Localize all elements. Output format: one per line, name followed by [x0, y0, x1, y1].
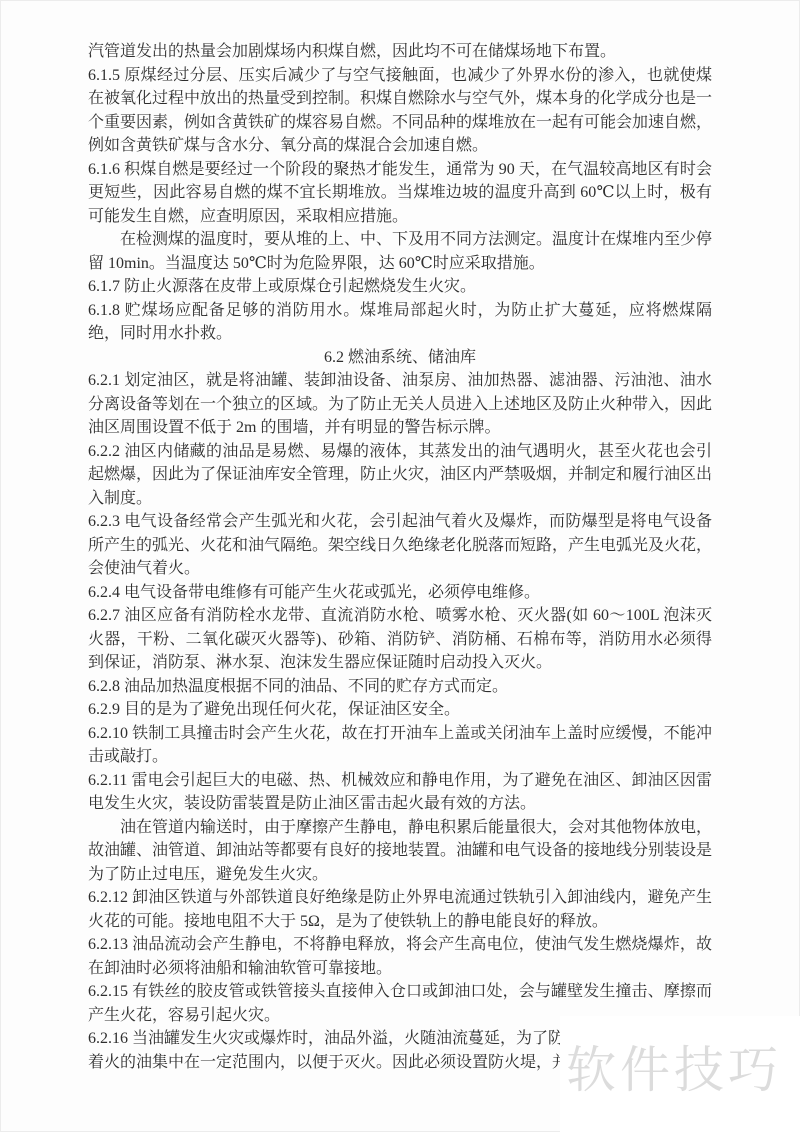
paragraph-6-1-8: 6.1.8 贮煤场应配备足够的消防用水。煤堆局部起火时，为防止扩大蔓延，应将燃煤… [88, 299, 712, 346]
paragraph-6-2-7: 6.2.7 油区应备有消防栓水龙带、直流消防水枪、喷雾水枪、灭火器(如 60～1… [88, 604, 712, 675]
paragraph-6-2-4: 6.2.4 电气设备带电维修有可能产生火花或弧光，必须停电维修。 [88, 581, 712, 605]
paragraph-6-2-8: 6.2.8 油品加热温度根据不同的油品、不同的贮存方式而定。 [88, 675, 712, 699]
watermark-text: 软件技巧 [566, 1043, 782, 1097]
paragraph-6-2-10: 6.2.10 铁制工具撞击时会产生火花，故在打开油车上盖或关闭油车上盖时应缓慢，… [88, 722, 712, 769]
paragraph-6-1-7: 6.1.7 防止火源落在皮带上或原煤仓引起燃烧发生火灾。 [88, 275, 712, 299]
paragraph-6-2-9: 6.2.9 目的是为了避免出现任何火花，保证油区安全。 [88, 698, 712, 722]
paragraph-6-2-13: 6.2.13 油品流动会产生静电，不将静电释放，将会产生高电位，使油气发生燃烧爆… [88, 933, 712, 980]
paragraph-continuation: 汽管道发出的热量会加剧煤场内积煤自燃，因此均不可在储煤场地下布置。 [88, 40, 712, 64]
paragraph-oil-pipeline-static: 油在管道内输送时，由于摩擦产生静电，静电积累后能量很大，会对其他物体放电，故油罐… [88, 816, 712, 887]
paragraph-6-2-2: 6.2.2 油区内储藏的油品是易燃、易爆的液体，其蒸发出的油气遇明火，甚至火花也… [88, 440, 712, 511]
paragraph-6-2-11: 6.2.11 雷电会引起巨大的电磁、热、机械效应和静电作用，为了避免在油区、卸油… [88, 769, 712, 816]
paragraph-6-2-3: 6.2.3 电气设备经常会产生弧光和火花，会引起油气着火及爆炸，而防爆型是将电气… [88, 510, 712, 581]
document-page: 汽管道发出的热量会加剧煤场内积煤自燃，因此均不可在储煤场地下布置。 6.1.5 … [88, 40, 712, 1074]
paragraph-6-1-5: 6.1.5 原煤经过分层、压实后减少了与空气接触面，也减少了外界水份的渗入，也就… [88, 64, 712, 158]
section-heading-6-2: 6.2 燃油系统、储油库 [88, 346, 712, 370]
paragraph-coal-temperature-measurement: 在检测煤的温度时，要从堆的上、中、下及用不同方法测定。温度计在煤堆内至少停留 1… [88, 228, 712, 275]
paragraph-6-1-6: 6.1.6 积煤自燃是要经过一个阶段的聚热才能发生，通常为 90 天，在气温较高… [88, 158, 712, 229]
watermark-overlay: 软件技巧 [560, 1016, 800, 1132]
paragraph-6-2-12: 6.2.12 卸油区铁道与外部铁道良好绝缘是防止外界电流通过铁轨引入卸油线内，避… [88, 886, 712, 933]
paragraph-6-2-1: 6.2.1 划定油区，就是将油罐、装卸油设备、油泵房、油加热器、滤油器、污油池、… [88, 369, 712, 440]
